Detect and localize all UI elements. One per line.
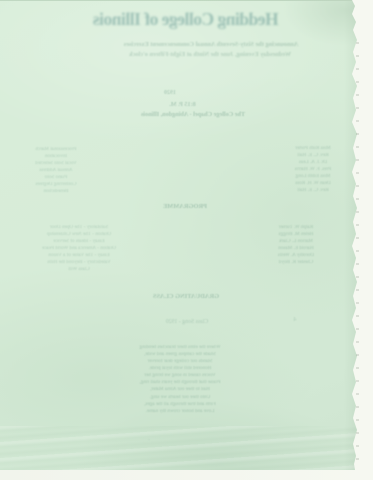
ghost-text-line: Wednesday Evening, June the Ninth at Eig… — [112, 51, 308, 58]
ghost-text-line: Essay - Ideals of Service — [24, 239, 134, 245]
ghost-text-line: Rev. C. E. Hall — [280, 153, 346, 159]
ghost-text-line: Invocation — [24, 154, 88, 160]
ghost-text-line: Dorothy A. Wells — [250, 253, 342, 259]
ghost-text-line: Essay - The Value of a Vision — [24, 253, 134, 259]
ghost-text-line: Class Song - 1920 — [156, 319, 218, 326]
ghost-text-line: Dr. J. A. Leas — [280, 160, 346, 166]
ghost-text-line: Helen M. Briggs — [250, 232, 342, 238]
ghost-text-line: Rev. C. E. Hall — [280, 188, 346, 194]
ghost-text-line: Voices raised in song we bring her — [113, 373, 247, 379]
ghost-text-line: Chester R. Boyd — [250, 260, 342, 266]
bleed-through-layer: Hedding College of IllinoisAnnouncing th… — [0, 1, 360, 472]
ghost-text-line: Oration - The New Citizenship — [24, 232, 134, 238]
ghost-text-line: Firm and true through all the ages, — [113, 402, 247, 408]
paper-page: Hedding College of IllinoisAnnouncing th… — [0, 0, 360, 473]
ghost-text-line: Ralph W. Turner — [250, 225, 342, 231]
ghost-text-line: Oration - America and World Peace — [24, 246, 134, 252]
ghost-text-line: GRADUATING CLASS — [141, 293, 231, 300]
ghost-text-line: Vocal Solo Selected — [24, 161, 88, 167]
ghost-text-line: Piano Solo — [24, 175, 88, 181]
ghost-text-line: PROGRAMME — [154, 203, 216, 210]
ghost-text-line: 8:15 P. M. — [155, 101, 210, 108]
ghost-text-line: Marion L. Clark — [250, 239, 342, 245]
ghost-text-line: Miss Edith Long — [280, 174, 346, 180]
ghost-text-line: Praise that through the years shall ring… — [113, 380, 247, 386]
torn-edge-specks — [356, 42, 359, 462]
ghost-text-line: Processional March — [24, 147, 88, 153]
ghost-text-line: Pres. F. W. Harris — [280, 167, 346, 173]
scanner-background: Hedding College of IllinoisAnnouncing th… — [0, 0, 373, 480]
ghost-title-line: Hedding College of Illinois — [53, 9, 319, 29]
ghost-text-line: 1920 — [161, 90, 179, 97]
ghost-text-line: Valedictory - Beyond the Hills — [24, 260, 134, 266]
ghost-text-line: Hail to thee our Alma Mater, — [113, 387, 247, 393]
ghost-text-line: Love and honor crown thy name. — [113, 409, 247, 415]
ghost-text-line: . — [145, 434, 153, 442]
ghost-text-line: The College Chapel - Abingdon, Illinois — [122, 111, 264, 118]
ghost-text-line: Stands our college dear forever — [113, 359, 247, 365]
ghost-text-line: Where the elms their branches bending — [113, 345, 247, 351]
ghost-text-line: Annual Address — [24, 168, 88, 174]
ghost-text-line: Salutatory - The Open Door — [24, 225, 134, 231]
ghost-text-line: Dean W. H. Ross — [280, 181, 346, 187]
ghost-text-line: Harold E. Mason — [250, 246, 342, 252]
ghost-text-line: Miss Ruth Porter — [280, 146, 346, 152]
ghost-text-line: Conferring Degrees — [24, 182, 88, 188]
ghost-text-line: Benediction — [24, 189, 88, 195]
ghost-text-line: Honored still with loyal pride. — [113, 366, 247, 372]
ghost-text-line: Shade the campus green and wide, — [113, 352, 247, 358]
ghost-text-line: Announcing the Sixty-Seventh Annual Comm… — [98, 41, 324, 48]
ghost-text-line: Class Will — [24, 267, 134, 273]
ghost-text-line: Unto thee our hearts we sing. — [113, 395, 247, 401]
ghost-text-line: 4 — [290, 317, 300, 324]
